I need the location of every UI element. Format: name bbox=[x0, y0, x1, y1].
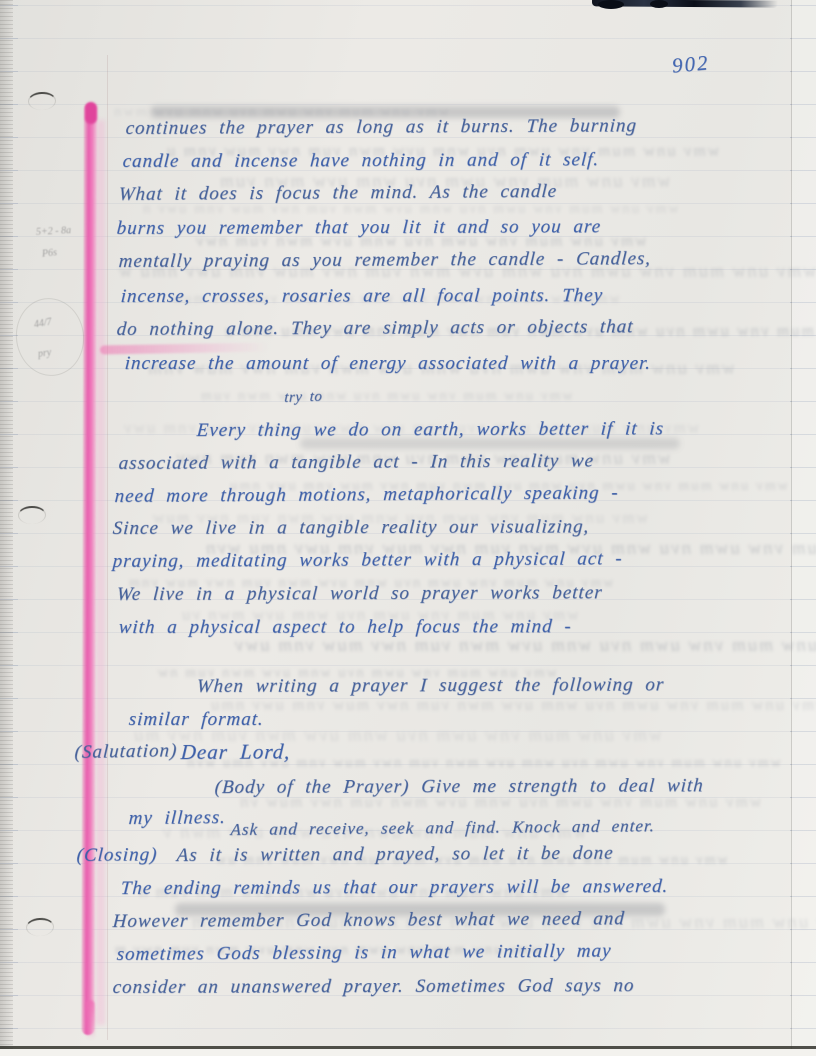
handwriting-line: increase the amount of energy associated… bbox=[124, 353, 652, 375]
handwriting-line: incense, crosses, rosaries are all focal… bbox=[120, 285, 604, 308]
pink-highlighter-line bbox=[82, 103, 97, 1035]
handwriting-line: continues the prayer as long as it burns… bbox=[125, 115, 638, 140]
pink-highlighter-wash bbox=[96, 120, 105, 1025]
top-ink-blob bbox=[598, 0, 624, 9]
handwriting-line: The ending reminds us that our prayers w… bbox=[120, 876, 669, 900]
handwriting-line: We live in a physical world so prayer wo… bbox=[116, 582, 603, 606]
ruled-lines-left-edge bbox=[0, 0, 18, 1056]
notebook-margin-rule bbox=[107, 55, 108, 1040]
handwriting-line: sometimes Gods blessing is in what we in… bbox=[116, 941, 612, 966]
handwriting-line: What it does is focus the mind. As the c… bbox=[118, 181, 558, 206]
handwriting-line: associated with a tangible act - In this… bbox=[118, 451, 595, 475]
page-number: 902 bbox=[671, 50, 711, 78]
handwriting-label-closing: (Closing) bbox=[76, 844, 158, 867]
handwriting-line: candle and incense have nothing in and o… bbox=[122, 149, 600, 173]
handwriting-line: As it is written and prayed, so let it b… bbox=[176, 843, 614, 867]
handwriting-line: (Body of the Prayer) Give me strength to… bbox=[214, 775, 704, 799]
bleed-through-mark: wmv unw mum vnw uwm nvu wnm uvw mwn vum bbox=[199, 388, 572, 405]
handwriting-line: need more through motions, metaphoricall… bbox=[114, 482, 619, 508]
handwriting-label-salutation: (Salutation) bbox=[74, 740, 178, 764]
hole-punch bbox=[18, 506, 46, 524]
scan-bottom-edge-line bbox=[0, 1046, 816, 1049]
handwriting-line: Every thing we do on earth, works better… bbox=[196, 418, 665, 442]
handwriting-line: mentally praying as you remember the can… bbox=[118, 248, 652, 273]
handwriting-line: When writing a prayer I suggest the foll… bbox=[196, 674, 665, 698]
handwriting-insertion: try to bbox=[284, 389, 323, 407]
scan-bottom-margin bbox=[0, 1049, 816, 1056]
hole-punch bbox=[26, 917, 55, 936]
handwriting-line: praying, meditating works better with a … bbox=[112, 548, 623, 573]
handwriting-line: Since we live in a tangible reality our … bbox=[112, 516, 590, 540]
ruled-lines-right-edge bbox=[790, 0, 816, 1056]
pink-highlighter-taper bbox=[85, 1000, 95, 1040]
handwriting-line: do nothing alone. They are simply acts o… bbox=[116, 316, 634, 341]
bleed-through-mark: wmv unw mum vnw uwm nvu wnm uvw mwn vum … bbox=[209, 695, 816, 715]
top-ink-blob bbox=[650, 0, 668, 8]
handwriting-line: similar format. bbox=[128, 709, 265, 731]
page-right-edge-area bbox=[792, 0, 816, 1056]
pink-highlighter-tip bbox=[85, 102, 97, 124]
handwriting-line: However remember God knows best what we … bbox=[112, 908, 626, 933]
page-right-edge-line bbox=[791, 0, 792, 1056]
scanned-notebook-page: wmv unw mum vnw uwm nvu wnm uvw mwn wmv … bbox=[0, 0, 816, 1056]
margin-pencil-scribble: P6s bbox=[41, 247, 57, 260]
handwriting-line: burns you remember that you lit it and s… bbox=[116, 216, 602, 240]
handwriting-line: consider an unanswered prayer. Sometimes… bbox=[112, 975, 635, 999]
handwriting-line: with a physical aspect to help focus the… bbox=[118, 616, 572, 639]
hole-punch bbox=[28, 92, 57, 111]
margin-pencil-circle bbox=[11, 294, 89, 381]
handwriting-line: Ask and receive, seek and find. Knock an… bbox=[230, 816, 656, 840]
handwriting-line: Dear Lord, bbox=[180, 739, 291, 765]
scan-torn-left-edge bbox=[0, 0, 13, 1056]
margin-pencil-scribble: 5+2 - 8a bbox=[36, 225, 72, 238]
handwriting-line: my illness. bbox=[128, 807, 227, 830]
